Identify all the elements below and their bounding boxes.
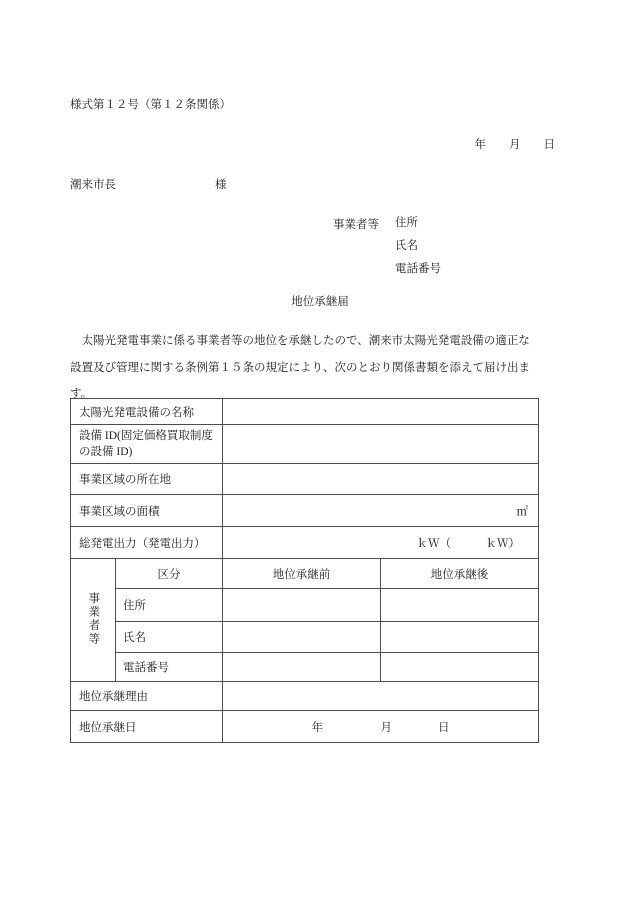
table-row: 事業区域の面積 ㎡ bbox=[71, 495, 539, 527]
operator-name-before bbox=[223, 622, 381, 653]
operator-address-before bbox=[223, 589, 381, 622]
operator-phone-before bbox=[223, 653, 381, 682]
body-paragraph: 太陽光発電事業に係る事業者等の地位を承継したので、潮来市太陽光発電設備の適正な … bbox=[70, 328, 575, 408]
succession-date-label: 地位承継日 bbox=[71, 711, 223, 743]
table-row: 太陽光発電設備の名称 bbox=[71, 399, 539, 425]
facility-name-label: 太陽光発電設備の名称 bbox=[71, 399, 223, 425]
signature-phone-label: 電話番号 bbox=[395, 262, 441, 285]
table-row: 事業区域の所在地 bbox=[71, 464, 539, 495]
output-value: ｋＷ（ ｋＷ） bbox=[223, 527, 539, 559]
operator-col-before: 地位承継前 bbox=[223, 559, 381, 589]
reason-value bbox=[223, 682, 539, 711]
table-row: 電話番号 bbox=[71, 653, 539, 682]
operator-phone-after bbox=[381, 653, 539, 682]
facility-id-label: 設備 ID(固定価格買取制度 の設備 ID) bbox=[71, 425, 223, 464]
addressee-honorific: 様 bbox=[215, 179, 227, 191]
area-size-unit: ㎡ bbox=[223, 495, 539, 527]
form-number: 様式第１２号（第１２条関係） bbox=[70, 96, 231, 112]
succession-table: 太陽光発電設備の名称 設備 ID(固定価格買取制度 の設備 ID) 事業区域の所… bbox=[70, 398, 539, 743]
operator-address-label: 住所 bbox=[116, 589, 223, 622]
signature-block: 事業者等 住所 氏名 電話番号 bbox=[333, 216, 441, 285]
addressee-line: 潮来市長様 bbox=[70, 176, 227, 192]
operator-name-label: 氏名 bbox=[116, 622, 223, 653]
addressee-name: 潮来市長 bbox=[70, 179, 116, 191]
date-line: 年 月 日 bbox=[0, 136, 630, 152]
table-row: 地位承継日 年 月 日 bbox=[71, 711, 539, 743]
operator-address-after bbox=[381, 589, 539, 622]
operator-col-category: 区分 bbox=[116, 559, 223, 589]
operator-group-label: 事業者等 bbox=[87, 592, 100, 646]
reason-label: 地位承継理由 bbox=[71, 682, 223, 711]
facility-name-value bbox=[223, 399, 539, 425]
operator-phone-label: 電話番号 bbox=[116, 653, 223, 682]
signature-name-label: 氏名 bbox=[395, 239, 441, 262]
document-page: 様式第１２号（第１２条関係） 年 月 日 潮来市長様 事業者等 住所 氏名 電話… bbox=[0, 0, 630, 903]
signature-group-label: 事業者等 bbox=[333, 216, 379, 285]
signature-lines: 住所 氏名 電話番号 bbox=[395, 216, 441, 285]
succession-date-value: 年 月 日 bbox=[223, 711, 539, 743]
table-row: 設備 ID(固定価格買取制度 の設備 ID) bbox=[71, 425, 539, 464]
table-row: 総発電出力（発電出力） ｋＷ（ ｋＷ） bbox=[71, 527, 539, 559]
table-row: 地位承継理由 bbox=[71, 682, 539, 711]
operator-name-after bbox=[381, 622, 539, 653]
area-location-label: 事業区域の所在地 bbox=[71, 464, 223, 495]
output-label: 総発電出力（発電出力） bbox=[71, 527, 223, 559]
facility-id-value bbox=[223, 425, 539, 464]
table-row: 氏名 bbox=[71, 622, 539, 653]
operator-col-after: 地位承継後 bbox=[381, 559, 539, 589]
table-row: 住所 bbox=[71, 589, 539, 622]
area-location-value bbox=[223, 464, 539, 495]
signature-address-label: 住所 bbox=[395, 216, 441, 239]
page-title: 地位承継届 bbox=[10, 293, 630, 309]
area-size-label: 事業区域の面積 bbox=[71, 495, 223, 527]
table-row: 事業者等 区分 地位承継前 地位承継後 bbox=[71, 559, 539, 589]
operator-group-cell: 事業者等 bbox=[71, 559, 116, 682]
